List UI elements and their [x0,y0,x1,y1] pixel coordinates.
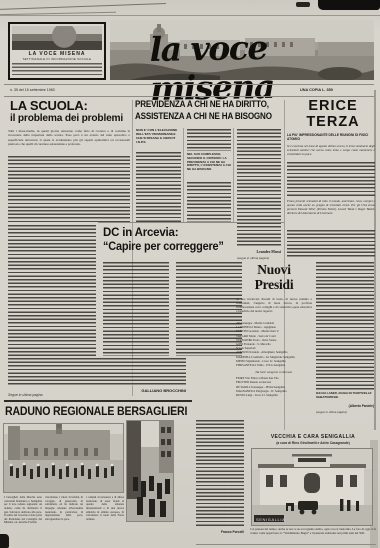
erice-body [287,230,375,258]
issue-line: n. 35 del 15 settembre 1983 [10,88,55,92]
list-item: RUSSO Luigi - Liceo Cl. Senigallia [236,393,312,397]
vecchia-headline: VECCHIA E CARA SENIGALLIA [250,434,376,440]
list-item: PIERSANTELLI Tullio - ITCG Senigallia [236,363,312,367]
previdenza-continuation: (segue in ultima pagina) [237,256,269,260]
previdenza-mid: NEL SUO COMPLESSO, secondo il criterio: … [187,153,231,172]
previdenza-lead: NON E' CON L'ELEVAZIONE DELL'ETA' PENSIO… [136,129,181,144]
erice-headline: ERICE TERZA [292,99,374,131]
masthead-logo-address [12,63,102,77]
scuola-headline: LA SCUOLA: [10,99,88,112]
dc-rule [98,222,284,223]
scuola-body [8,358,186,386]
nuovi-presidi-names: ATI Giuseppe - Media CorinaldoLARDINELLI… [236,321,312,367]
masthead-logo-photo [12,26,102,50]
previdenza-col3 [237,129,281,247]
scuola-body [8,156,130,222]
previdenza-col1 [136,152,181,222]
scan-top-edge [0,15,380,16]
erice-fragment: Erano presenti scienziati di tutto il mo… [287,200,375,216]
erice-fragment-caps: RAGGI LASER, RAGGI DI PARTICELLE SUBATOM… [316,392,374,400]
erice-kicker: LA PIU' IMPRESSIONANTE DELLE RIUNIONI DI… [287,133,375,141]
bersaglieri-photo-2 [127,421,173,521]
previdenza-signature: Leandro Mussi [237,250,281,254]
scan-corner-mark [0,534,9,548]
nuovi-presidi-headline: Nuovi Presidi [236,263,312,293]
column-rule [183,128,184,222]
scuola-headline-2: il problema dei problemi [10,113,123,124]
erice-body-lower [316,262,374,390]
scan-corner-mark [296,2,310,7]
previdenza-headline: PREVIDENZA A CHI NE HA DIRITTO, [135,100,269,110]
erice-headline-2: TERZA [292,115,374,131]
vecchia-photo-label: SENIGALLIA [256,517,285,522]
column-rule [233,128,234,222]
newspaper-page: LA VOCE MISENA SETTIMANALE DI INFORMAZIO… [0,0,380,548]
dc-continuation-column [196,420,244,528]
nuovi-presidi-headline-2: Presidi [236,278,312,293]
vecchia-photo [252,449,372,525]
bottom-rule [196,544,376,545]
masthead-logo-subtitle: SETTIMANALE DI INFORMAZIONE SOCIALE [12,57,102,61]
dc-signature: Franco Porcelli [196,530,244,534]
previdenza-col2b [187,182,231,222]
erice-lead: Si è conclusa nel mese di agosto ultimo … [287,144,375,156]
erice-signature: (Alberto Paniele) [316,404,374,408]
bersaglieri-photo-1 [4,424,123,492]
erice-headline-1: ERICE [292,99,374,115]
previdenza-headline-2: ASSISTENZA A CHI NE HA BISOGNO [135,112,272,122]
dc-body-col2 [176,262,242,356]
masthead-logo-box: LA VOCE MISENA SETTIMANALE DI INFORMAZIO… [8,22,106,80]
scuola-lead: Tutti i mass-media, in questi giorni, an… [8,129,130,146]
scuola-signature: GALLIANO BROCCHINI [96,388,186,393]
price: UNA COPIA L. 350 [300,88,333,92]
nuovi-presidi-headline-1: Nuovi [236,263,312,278]
scan-edge-line [0,3,166,10]
raduno-headline: RADUNO REGIONALE BERSAGLIERI [5,405,187,417]
nuovi-presidi-names-2: FIORE Vito Felice a Monte San VitoFRUTTI… [236,376,312,398]
raduno-caption-col3: i compiti di sicurezza e di difesa nazio… [86,496,124,521]
erice-continuation: (segue in ultima pagina) [316,410,347,414]
erice-body [287,162,375,198]
nuovi-presidi-transfer-note: Da fuori vengono in diocesi: [236,370,312,374]
nuovi-presidi-lead: Ai neo incaricati, Presidi di ruolo, di … [236,297,312,313]
vecchia-caption: Col passare del tempo, anche se noi ce n… [250,528,376,536]
scan-right-strip [374,90,376,430]
scuola-continuation: Segue in ultima pagina [8,393,43,397]
raduno-caption-col1: I bersaglieri delle Marche sono convenut… [4,496,42,525]
dc-body-col1 [103,262,169,356]
masthead-rule [4,84,374,85]
dc-headline-2: “Capire per correggere” [103,242,224,254]
previdenza-col2 [187,129,231,151]
raduno-rule [4,400,192,402]
scan-corner-mark [318,0,380,10]
dc-headline: DC in Arcevia: [103,228,178,240]
dateline-rule [4,96,374,97]
scuola-body [8,225,96,356]
vecchia-subhead: (a cura di Rino Girolimetti e Adrio Casa… [250,441,376,445]
raduno-caption-col2: valorizzano i valori di fedeltà, di cora… [45,496,83,521]
